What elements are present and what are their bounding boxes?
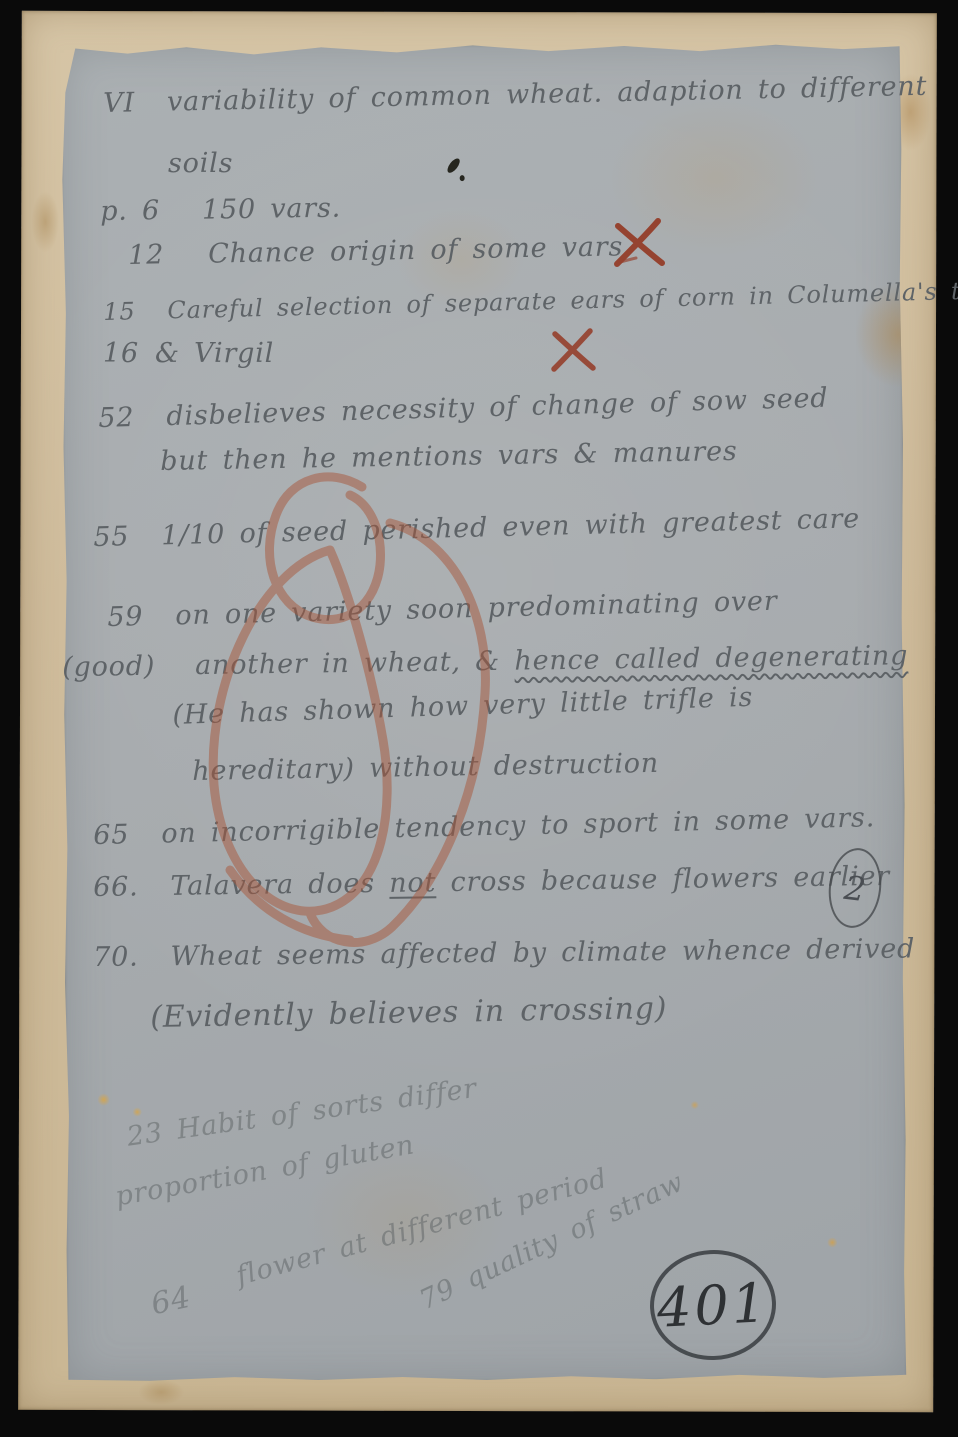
entry-number: p. 6 (100, 195, 160, 227)
red-cross-mark (548, 326, 600, 374)
entry-number: VI (103, 87, 135, 119)
underlined-text: hence called degenerating (514, 640, 908, 676)
stain (98, 1094, 110, 1106)
entry-number: 12 (128, 239, 165, 271)
stain (691, 1101, 699, 1109)
entry-number: 66. (93, 871, 139, 903)
entry-number: 70. (93, 942, 139, 973)
note-line: 16& Virgil (103, 338, 274, 369)
stain (827, 1237, 837, 1247)
entry-text: & Virgil (155, 338, 274, 369)
entry-number: 52 (98, 402, 135, 434)
red-crayon-numeral-2 (190, 455, 510, 975)
page-number: 401 (655, 1271, 770, 1340)
ink-blot (445, 156, 462, 174)
entry-number: 16 (103, 338, 139, 369)
note-line: soils (168, 148, 233, 179)
note-line: p. 6150 vars. (100, 193, 341, 227)
entry-number: 59 (107, 601, 144, 633)
red-cross-mark (610, 216, 672, 270)
stain (133, 1107, 142, 1116)
entry-number: 15 (103, 297, 136, 326)
ink-blot (460, 175, 465, 181)
margin-number: 2 (842, 867, 868, 908)
entry-number: 55 (93, 521, 130, 553)
stain (138, 1379, 184, 1405)
scanned-document: VIvariability of common wheat. adaption … (0, 0, 958, 1437)
entry-text: soils (168, 148, 233, 179)
stain (31, 191, 59, 253)
margin-word: (good) (62, 651, 155, 683)
entry-number: 65 (93, 819, 130, 851)
entry-text: 150 vars. (202, 193, 341, 226)
